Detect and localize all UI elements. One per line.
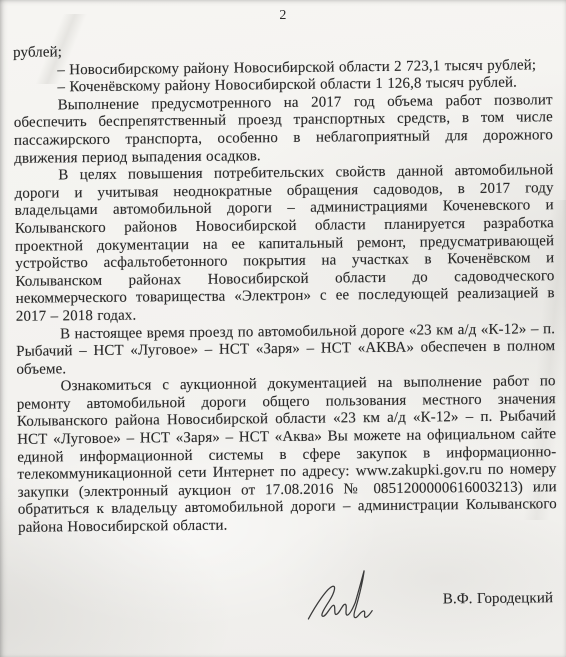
signature-icon	[304, 566, 389, 631]
letter-body: рублей; – Новосибирскому району Новосиби…	[0, 39, 566, 657]
signatory-name: В.Ф. Городецкий	[443, 590, 553, 609]
paragraph: Выполнение предусмотренного на 2017 год …	[14, 92, 554, 168]
signature-block: В.Ф. Городецкий	[18, 554, 558, 657]
paragraph: В настоящее время проезд по автомобильно…	[16, 321, 556, 379]
paragraph: Ознакомиться с аукционной документацией …	[17, 373, 558, 537]
paragraph: В целях повышения потребительских свойст…	[14, 162, 555, 326]
scanned-letter-page: 2 рублей; – Новосибирскому району Новоси…	[0, 0, 566, 657]
page-number: 2	[0, 0, 566, 24]
